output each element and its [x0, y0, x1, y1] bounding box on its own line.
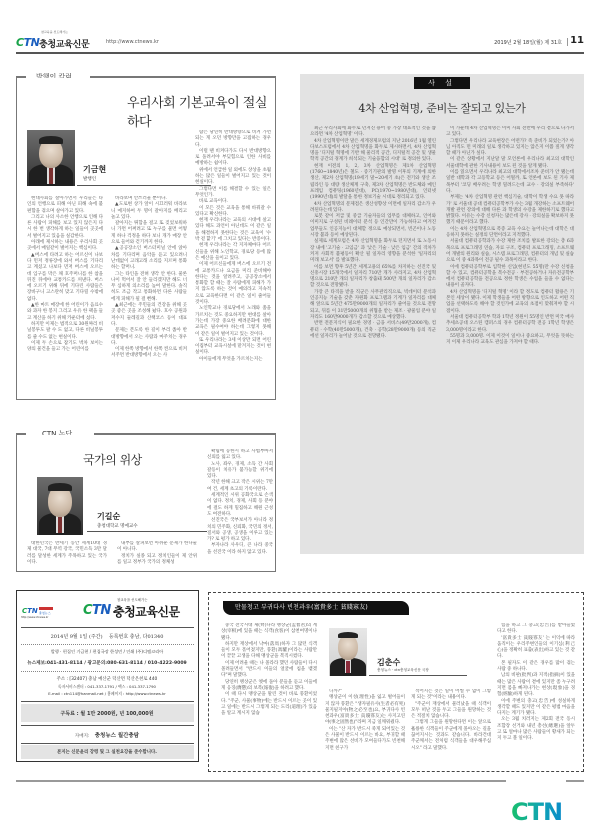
sister-papers: 자매지: 충청뉴스 월간충탐: [17, 731, 197, 739]
article-column-4: 힘을 하고 그 충고(忠告)를 받아들였다고 한다.'富貴多士 貧賤寡友' 는 …: [497, 623, 575, 767]
footer-rule: [16, 780, 506, 782]
subscription-fee: 구독료 : 월 1만 2000원, 년 100,000원: [17, 710, 197, 717]
divider: [21, 671, 194, 672]
author-name: 김춘수: [377, 657, 400, 668]
email-homepage-line[interactable]: E-mail : ctn114@hanmail.net / 홈페이지 : htt…: [17, 691, 197, 697]
ctn-logo[interactable]: CTN: [16, 36, 39, 49]
contact-line: 뉴스제보:041-431-8114 / 광고문의:080-631-8114 / …: [17, 660, 197, 666]
page-number: 11: [570, 35, 584, 46]
divider: [21, 725, 194, 726]
article-column-3: 확립에 등한시 하고 사법부마저 신뢰를 잃고 있다.노사, 좌우, 경제, 소…: [207, 449, 273, 567]
masthead: 참교육을 선도해가는 CTN 충청교육신문 http://www.ctnews.…: [16, 36, 584, 54]
article-column-1: 현대사회를 살아가면서 우리들은 타인의 언행으로 피해 아닌 피해 속에 불편…: [27, 196, 103, 392]
paper-url[interactable]: http://www.ctnews.kr: [106, 39, 159, 45]
column-banner: 만물청고 부귀다사 빈천과우(富貴多士 貧賤寡友): [223, 601, 409, 615]
red-bar: [39, 607, 53, 610]
divider: [21, 644, 194, 645]
editorial-badge: 사 설: [414, 77, 470, 89]
publication-info-box: CTN 충청뉴스 http://www.ctnews.kr 참교육을 선도해가는…: [16, 590, 199, 762]
byline-rule: [369, 675, 467, 676]
editorial-column-2: 이 가운데 4차 산업혁명은 이미 사회 전반에 우리 곁으로 다가서고 있다.…: [446, 126, 574, 546]
article-column-1: 중국 전국시대 제(齊)나라 맹상군(孟嘗君)의 계상(宰相)에 있을 때는 식…: [221, 623, 317, 767]
author-photo: [329, 628, 367, 676]
ethics-statement: 본지는 신문윤리 강령 및 그 실천요강을 준수합니다.: [17, 749, 197, 755]
ctn-column-box: 국가의 위상 기길순 충청대학교 명예교수 대한민국은 반세기 동안 세계10대…: [16, 435, 276, 572]
founded-registration: 2014년 9월 1일 (주간) 등록번호 충남, 다01340: [17, 633, 197, 640]
divider: [21, 743, 194, 744]
divider: [21, 627, 194, 628]
editorial-title: 4차 산업혁명, 준비는 잘되고 있는가: [300, 100, 584, 116]
article-column-1: 대한민국은 반세기 동안 세계10대 경제 대국, 7대 무역 강국, 국민소득…: [27, 541, 107, 567]
author-name: 기길순: [97, 511, 120, 522]
article-title: 국가의 위상: [83, 451, 142, 468]
author-role: 발행인: [83, 176, 96, 182]
author-photo: [37, 477, 83, 535]
staff-line: 발행 · 편집인 기금현 / 편집국장 한성민 / 인쇄 (주)디엠코리아: [17, 649, 197, 655]
author-role: 충청대학교 명예교수: [97, 523, 138, 529]
author-photo: [27, 130, 75, 186]
paper-name: 충청교육신문: [113, 603, 180, 620]
paper-name: 충청교육신문: [39, 37, 89, 50]
author-role: 충청뉴스 · ctn충청교육신문 국장: [377, 668, 429, 673]
footer-rule: [566, 780, 584, 782]
divider: [21, 701, 194, 702]
newspaper-page: 참교육을 선도해가는 CTN 충청교육신문 http://www.ctnews.…: [0, 0, 600, 839]
ctn-logo[interactable]: CTN: [83, 603, 111, 618]
reader-service-line: 독자서비스센터 : 041-337-1791 / 팩스 : 041-337-17…: [17, 684, 197, 690]
opinion-column-box: 만물청고 부귀다사 빈천과우(富貴多士 貧賤寡友) 김춘수 충청뉴스 · ctn…: [208, 592, 584, 772]
byline-rule: [77, 185, 211, 186]
tagline: 참교육을 선도해가는: [117, 597, 148, 602]
sister-logo-sub: 충청뉴스: [39, 611, 51, 615]
article-column-2: 내부를 살펴보면 아쉬운 문제가 한나둘이 아니다.정치가 실종 되고 정치인들…: [117, 541, 197, 567]
byline-rule: [87, 531, 207, 532]
editorial-column-1: 최근 우리사회에 화두로 던져진 용어 중 가장 대표적인 것을 뽑으라면 '4…: [310, 126, 436, 546]
author-name: 기금현: [83, 164, 106, 175]
ctn-footer-logo: CTN: [511, 798, 562, 826]
editorial-section: 사 설 4차 산업혁명, 준비는 잘되고 있는가 최근 우리사회에 화두로 던져…: [300, 74, 584, 554]
article-column-2: 니까?"맹상군이 이성(理性)을 잃고 벌어들이지 않자 풍환은 "생자필유사(…: [325, 689, 405, 767]
publisher-column-4-wrap: [199, 78, 276, 400]
divider: [567, 38, 568, 46]
issue-date: 2019년 2월 18일(월) 제 31호: [494, 39, 562, 46]
small-url[interactable]: http://www.ctnews.kr: [21, 616, 48, 619]
ctn-small-logo[interactable]: CTN: [22, 607, 38, 615]
address-line: 주소 : [32407] 충남 예산군 덕산면 덕산온천로 440: [17, 676, 197, 682]
masthead-tagline: 참교육을 선도해가는: [41, 30, 68, 34]
article-column-2: 바라보며 안쓰러울 뿐이다.▲도로변 상가 앞이 시끄러워 바라보니 예지하여 …: [111, 196, 187, 392]
article-column-3: 적어지는 것은 일이 어쩔 수 없이 그렇게 되는 것"이라는 내용이다."주군…: [411, 689, 491, 767]
